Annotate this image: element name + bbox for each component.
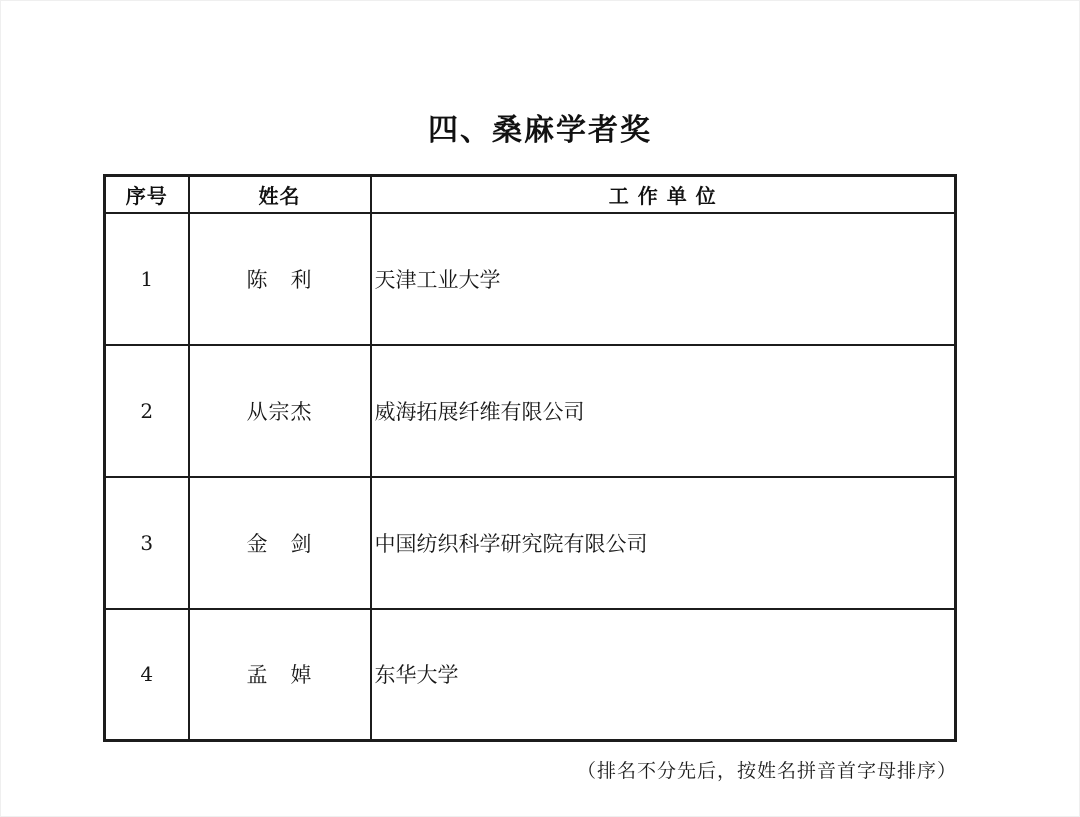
row-name: 从宗杰 bbox=[189, 345, 371, 477]
award-table: 序号 姓名 工 作 单 位 1 陈 利 天津工业大学 2 从宗杰 威海拓展纤维有… bbox=[103, 174, 957, 742]
table-row: 4 孟 婥 东华大学 bbox=[105, 609, 956, 741]
page-title: 四、桑麻学者奖 bbox=[0, 112, 1080, 150]
column-header-name: 姓名 bbox=[189, 176, 371, 213]
table-header-row: 序号 姓名 工 作 单 位 bbox=[105, 176, 956, 213]
row-index: 1 bbox=[105, 213, 189, 345]
row-index: 4 bbox=[105, 609, 189, 741]
row-name: 孟 婥 bbox=[189, 609, 371, 741]
row-organization: 东华大学 bbox=[371, 609, 956, 741]
row-organization: 天津工业大学 bbox=[371, 213, 956, 345]
table-row: 2 从宗杰 威海拓展纤维有限公司 bbox=[105, 345, 956, 477]
row-name: 陈 利 bbox=[189, 213, 371, 345]
row-organization: 威海拓展纤维有限公司 bbox=[371, 345, 956, 477]
document-page: 四、桑麻学者奖 序号 姓名 工 作 单 位 1 陈 利 天津工业大学 2 从宗杰… bbox=[0, 0, 1080, 817]
footnote: （排名不分先后，按姓名拼音首字母排序） bbox=[103, 757, 957, 785]
row-name: 金 剑 bbox=[189, 477, 371, 609]
row-organization: 中国纺织科学研究院有限公司 bbox=[371, 477, 956, 609]
row-index: 3 bbox=[105, 477, 189, 609]
column-header-organization: 工 作 单 位 bbox=[371, 176, 956, 213]
table-row: 3 金 剑 中国纺织科学研究院有限公司 bbox=[105, 477, 956, 609]
row-index: 2 bbox=[105, 345, 189, 477]
column-header-index: 序号 bbox=[105, 176, 189, 213]
table-row: 1 陈 利 天津工业大学 bbox=[105, 213, 956, 345]
